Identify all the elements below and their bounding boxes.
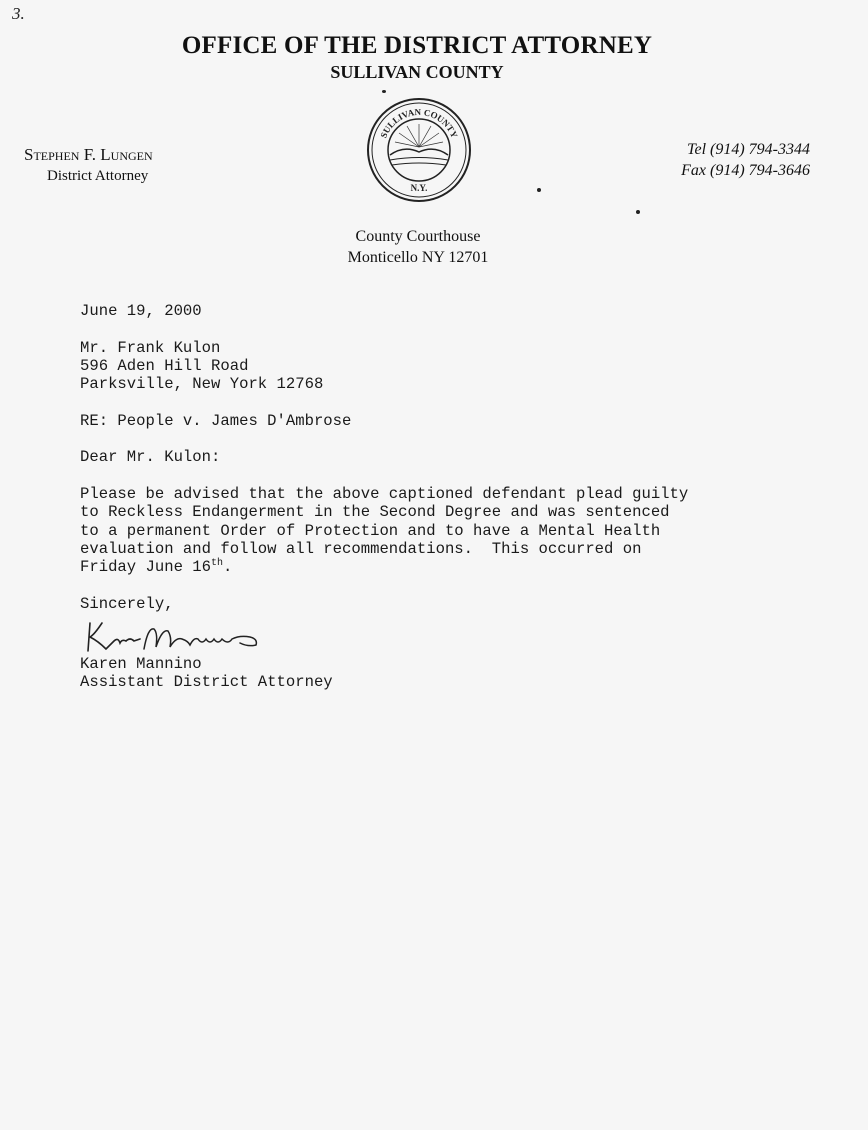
signer-name: Karen Mannino [80, 655, 820, 673]
address-line-1: County Courthouse [0, 226, 836, 247]
fax-number: Fax (914) 794-3646 [660, 160, 810, 181]
closing: Sincerely, [80, 595, 820, 613]
letter-date: June 19, 2000 [80, 302, 820, 320]
county-seal-icon: SULLIVAN COUNTY N.Y. [366, 97, 472, 203]
seal-text-bottom: N.Y. [411, 183, 428, 193]
letter-body: June 19, 2000 Mr. Frank Kulon 596 Aden H… [80, 302, 820, 692]
county-title: SULLIVAN COUNTY [0, 62, 834, 83]
scan-speck [382, 90, 386, 93]
salutation: Dear Mr. Kulon: [80, 448, 820, 466]
handwritten-signature-icon [80, 615, 320, 655]
re-line: RE: People v. James D'Ambrose [80, 412, 820, 430]
office-title: OFFICE OF THE DISTRICT ATTORNEY [0, 32, 834, 60]
body-paragraph: Please be advised that the above caption… [80, 485, 820, 576]
scan-speck [636, 210, 640, 214]
telephone-number: Tel (914) 794-3344 [660, 139, 810, 160]
district-attorney-name: Stephen F. Lungen [24, 145, 153, 165]
recipient-address: Mr. Frank Kulon 596 Aden Hill Road Parks… [80, 339, 820, 394]
scan-speck [537, 188, 541, 192]
courthouse-address: County Courthouse Monticello NY 12701 [0, 226, 836, 268]
contact-block: Tel (914) 794-3344 Fax (914) 794-3646 [660, 139, 810, 181]
district-attorney-title: District Attorney [47, 168, 148, 185]
address-line-2: Monticello NY 12701 [0, 247, 836, 268]
signer-title: Assistant District Attorney [80, 673, 820, 691]
page-number-mark: 3. [12, 4, 25, 24]
